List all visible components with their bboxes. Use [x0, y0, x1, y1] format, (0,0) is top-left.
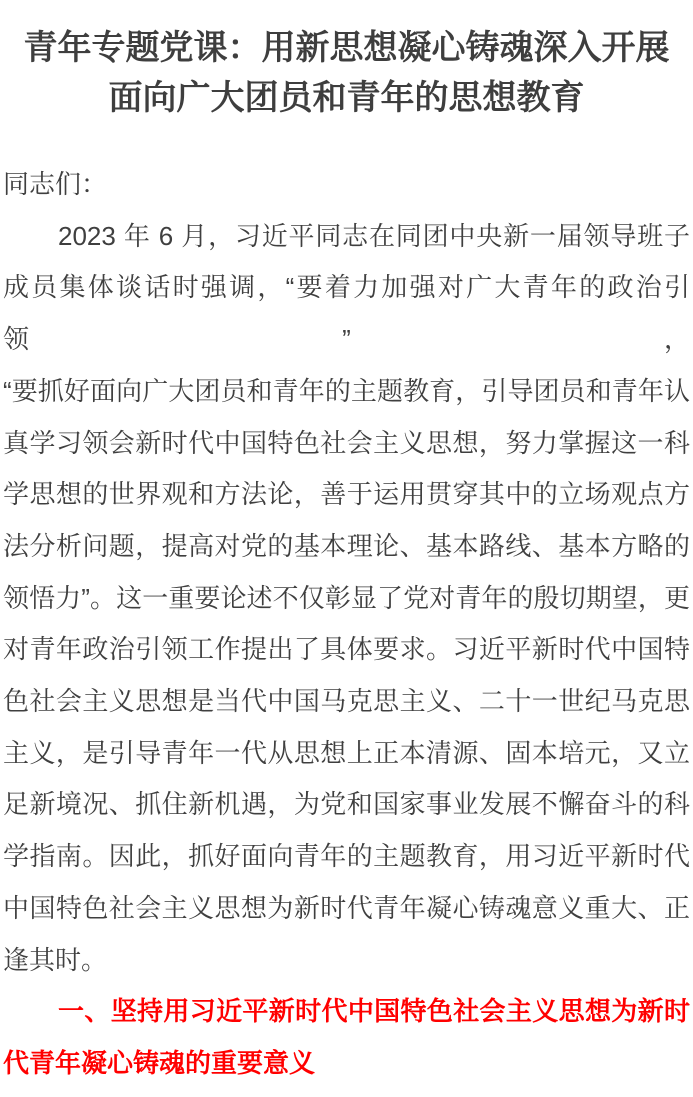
- document-body: 同志们： 2023 年 6 月，习近平同志在同团中央新一届领导班子 成员集体谈话…: [3, 159, 690, 1090]
- paragraph-line: 逢其时。: [3, 935, 690, 987]
- paragraph-line: 领悟力”。这一重要论述不仅彰显了党对青年的殷切期望，更: [3, 573, 690, 625]
- paragraph: 2023 年 6 月，习近平同志在同团中央新一届领导班子 成员集体谈话时强调，“…: [3, 211, 690, 987]
- paragraph-line: 法分析问题，提高对党的基本理论、基本路线、基本方略的: [3, 521, 690, 573]
- section-heading: 一、坚持用习近平新时代中国特色社会主义思想为新时 代青年凝心铸魂的重要意义: [3, 986, 690, 1089]
- paragraph-line: 足新境况、抓住新机遇，为党和国家事业发展不懈奋斗的科: [3, 779, 690, 831]
- paragraph-line: 2023 年 6 月，习近平同志在同团中央新一届领导班子: [3, 211, 690, 263]
- document-page: 青年专题党课：用新思想凝心铸魂深入开展 面向广大团员和青年的思想教育 同志们： …: [0, 0, 693, 1097]
- paragraph-line: 成员集体谈话时强调，“要着力加强对广大青年的政治引领”，: [3, 262, 690, 365]
- paragraph-line: 学思想的世界观和方法论，善于运用贯穿其中的立场观点方: [3, 469, 690, 521]
- paragraph-line: 对青年政治引领工作提出了具体要求。习近平新时代中国特: [3, 624, 690, 676]
- section-heading-line: 一、坚持用习近平新时代中国特色社会主义思想为新时: [3, 986, 690, 1038]
- document-title-line-1: 青年专题党课：用新思想凝心铸魂深入开展: [3, 23, 690, 73]
- paragraph-line: 中国特色社会主义思想为新时代青年凝心铸魂意义重大、正: [3, 883, 690, 935]
- salutation: 同志们：: [3, 159, 690, 211]
- paragraph-line: 色社会主义思想是当代中国马克思主义、二十一世纪马克思: [3, 676, 690, 728]
- paragraph-line: 学指南。因此，抓好面向青年的主题教育，用习近平新时代: [3, 831, 690, 883]
- section-heading-line: 代青年凝心铸魂的重要意义: [3, 1038, 690, 1090]
- paragraph-line: 真学习领会新时代中国特色社会主义思想，努力掌握这一科: [3, 418, 690, 470]
- document-title: 青年专题党课：用新思想凝心铸魂深入开展 面向广大团员和青年的思想教育: [3, 23, 690, 123]
- paragraph-line: 主义，是引导青年一代从思想上正本清源、固本培元，又立: [3, 728, 690, 780]
- document-title-line-2: 面向广大团员和青年的思想教育: [3, 73, 690, 123]
- paragraph-line: “要抓好面向广大团员和青年的主题教育，引导团员和青年认: [3, 366, 690, 418]
